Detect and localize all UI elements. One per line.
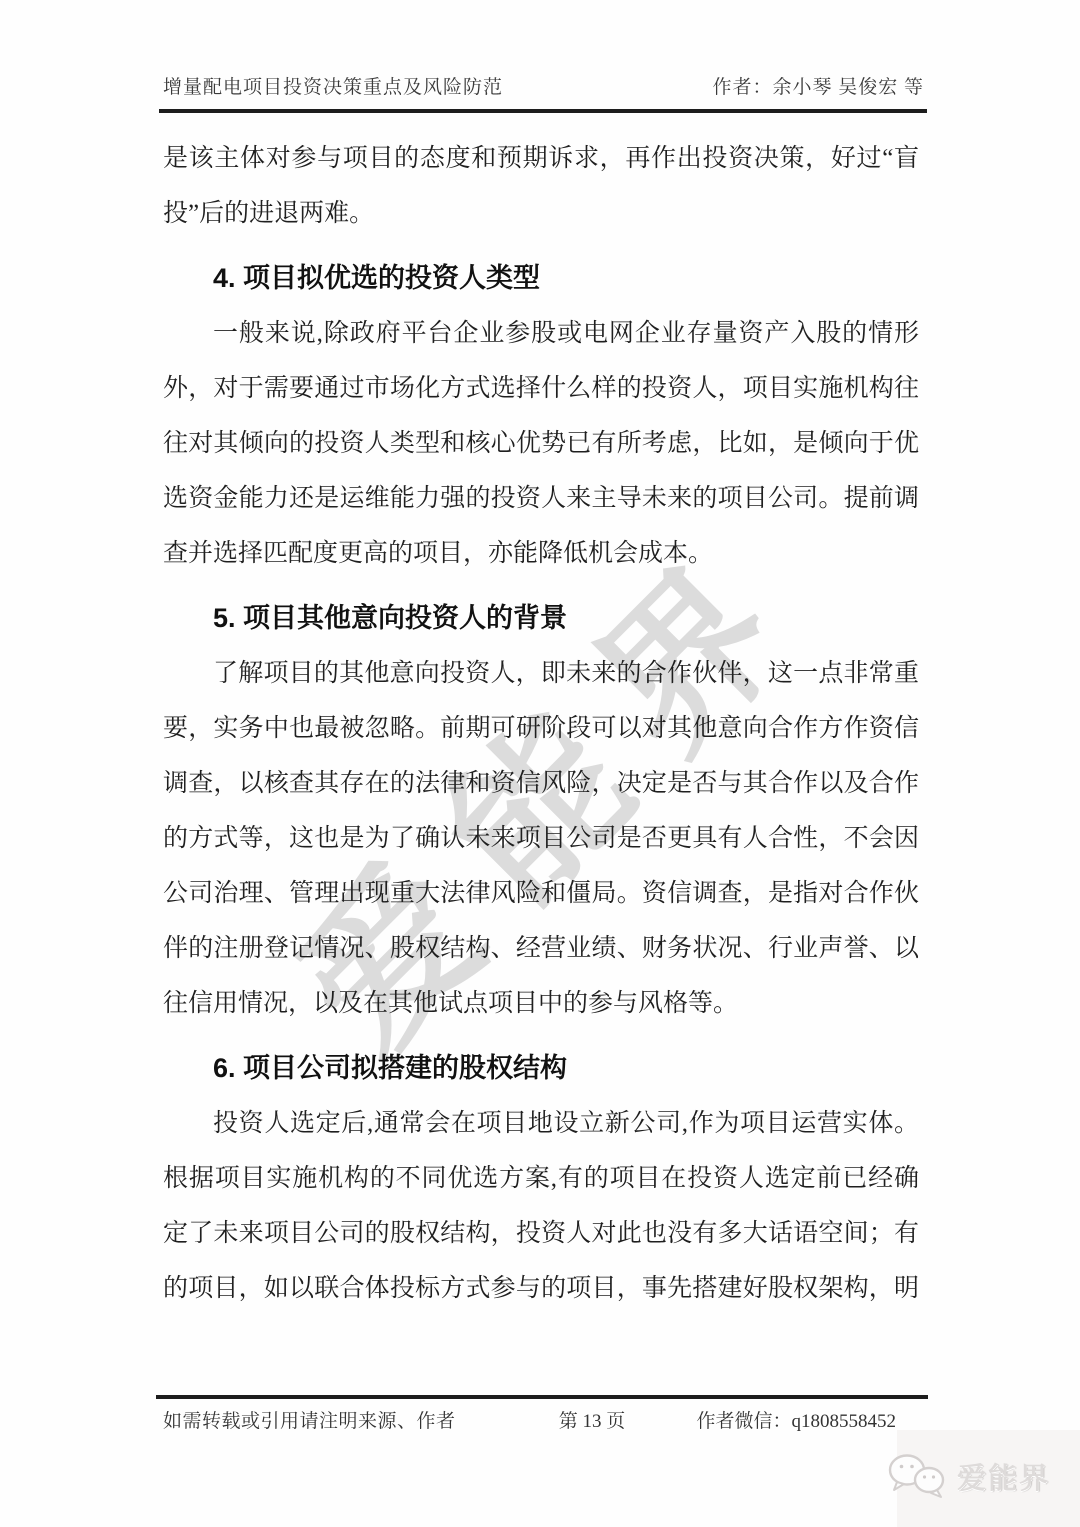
wechat-bubbles-icon [887, 1453, 949, 1499]
body-line: 往对其倾向的投资人类型和核心优势已有所考虑，比如，是倾向于优 [163, 416, 919, 471]
page-number: 第 13 页 [512, 1406, 672, 1433]
brand-name: 爱能界 [957, 1456, 1050, 1497]
body-line: 查并选择匹配度更高的项目，亦能降低机会成本。 [163, 526, 919, 581]
brand-logo: 爱能界 [887, 1453, 1050, 1499]
body-line: 外，对于需要通过市场化方式选择什么样的投资人，项目实施机构往 [163, 361, 919, 416]
body-line: 投资人选定后,通常会在项目地设立新公司,作为项目运营实体。 [163, 1096, 919, 1151]
section-heading: 6. 项目公司拟搭建的股权结构 [163, 1041, 919, 1096]
body-line: 公司治理、管理出现重大法律风险和僵局。资信调查，是指对合作伙 [163, 866, 919, 921]
body-line: 定了未来项目公司的股权结构，投资人对此也没有多大话语空间；有 [163, 1206, 919, 1261]
body-line: 是该主体对参与项目的态度和预期诉求，再作出投资决策，好过“盲 [163, 131, 919, 186]
document-page: 增量配电项目投资决策重点及风险防范 作者：余小琴 吴俊宏 等 爱能界 是该主体对… [0, 0, 1080, 1527]
body-line: 要，实务中也最被忽略。前期可研阶段可以对其他意向合作方作资信 [163, 701, 919, 756]
header-title: 增量配电项目投资决策重点及风险防范 [163, 72, 503, 99]
body-line: 投”后的进退两难。 [163, 186, 919, 241]
footer-note: 如需转载或引用请注明来源、作者 [163, 1406, 456, 1433]
footer-wechat-contact: 作者微信：q1808558452 [696, 1406, 896, 1433]
header-author: 作者：余小琴 吴俊宏 等 [712, 72, 924, 99]
body-line: 一般来说,除政府平台企业参股或电网企业存量资产入股的情形 [163, 306, 919, 361]
header-rule [159, 109, 927, 113]
body-line: 的方式等，这也是为了确认未来项目公司是否更具有人合性，不会因 [163, 811, 919, 866]
body-line: 了解项目的其他意向投资人，即未来的合作伙伴，这一点非常重 [163, 646, 919, 701]
body-line: 伴的注册登记情况、股权结构、经营业绩、财务状况、行业声誉、以 [163, 921, 919, 976]
body-line: 选资金能力还是运维能力强的投资人来主导未来的项目公司。提前调 [163, 471, 919, 526]
footer-rule [156, 1395, 928, 1399]
section-heading: 5. 项目其他意向投资人的背景 [163, 591, 919, 646]
body-line: 根据项目实施机构的不同优选方案,有的项目在投资人选定前已经确 [163, 1151, 919, 1206]
document-body: 是该主体对参与项目的态度和预期诉求，再作出投资决策，好过“盲投”后的进退两难。4… [163, 131, 919, 1316]
body-line: 调查，以核查其存在的法律和资信风险，决定是否与其合作以及合作 [163, 756, 919, 811]
section-heading: 4. 项目拟优选的投资人类型 [163, 251, 919, 306]
body-line: 的项目，如以联合体投标方式参与的项目，事先搭建好股权架构，明 [163, 1261, 919, 1316]
body-line: 往信用情况，以及在其他试点项目中的参与风格等。 [163, 976, 919, 1031]
